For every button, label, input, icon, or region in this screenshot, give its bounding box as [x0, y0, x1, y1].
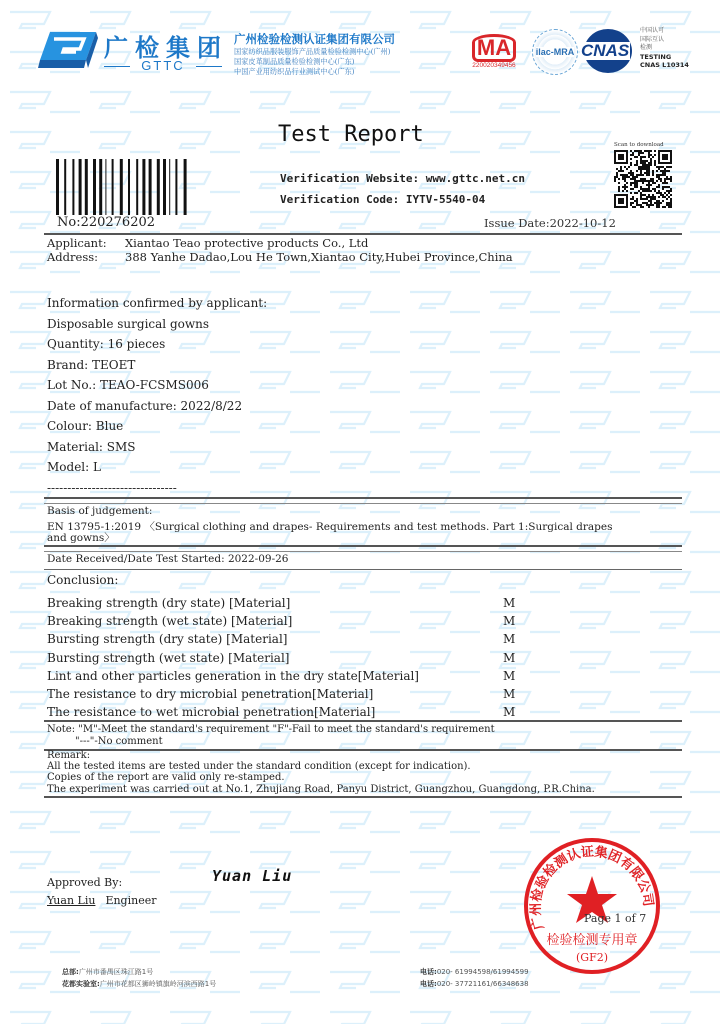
applicant-value: Xiantao Teao protective products Co., Lt…	[125, 236, 368, 250]
sample-info-item: Lot No.: TEAO-FCSMS006	[47, 375, 267, 396]
divider	[44, 569, 682, 570]
divider	[44, 233, 682, 235]
cnas-line: 检测	[640, 44, 689, 53]
test-item: Bursting strength (wet state) [Material]	[47, 651, 289, 665]
test-result: M	[503, 630, 515, 648]
tel-label: 电话:	[420, 968, 437, 976]
sample-info-item: Information confirmed by applicant:	[47, 293, 267, 314]
stamp-center-text: 检验检测专用章	[546, 932, 637, 948]
cnas-accreditation-info: 中国认可 国际互认 检测 TESTING CNAS L10314	[640, 27, 689, 70]
address-value: 388 Yanhe Dadao,Lou He Town,Xiantao City…	[125, 250, 513, 264]
cnas-line: 中国认可	[640, 27, 689, 36]
qr-code-icon[interactable]	[614, 150, 672, 208]
note-block: Note: "M"-Meet the standard's requiremen…	[47, 724, 495, 747]
center-line: 国家纺织品服装服饰产品质量检验检测中心(广州)	[234, 47, 395, 57]
brand-name-en: GTTC	[104, 58, 222, 73]
remark-block: Remark: All the tested items are tested …	[47, 750, 595, 795]
test-result: M	[503, 612, 515, 630]
divider	[44, 497, 682, 504]
hq-address: 广州市番禺区珠江路1号	[79, 968, 153, 976]
lab-phone: 020- 37721161/66348638	[437, 980, 529, 988]
ilac-text: ilac-MRA	[536, 47, 575, 57]
sample-info-list: Information confirmed by applicant:Dispo…	[47, 293, 267, 498]
approver-title: Engineer	[105, 894, 156, 907]
cnas-mark: CNAS	[580, 42, 630, 60]
basis-standard: EN 13795-1:2019 〈Surgical clothing and d…	[47, 521, 612, 533]
sample-info-item: Model: L	[47, 457, 267, 478]
conclusion-label: Conclusion:	[47, 573, 118, 588]
table-row: The resistance to wet microbial penetrat…	[47, 703, 667, 721]
gttc-logo-icon	[36, 30, 98, 70]
cma-mark: MA	[472, 34, 516, 62]
sample-info-item: Quantity: 16 pieces	[47, 334, 267, 355]
footer-phones: 电话:020- 61994598/61994599 电话:020- 377211…	[420, 966, 529, 990]
qr-label: Scan to download	[614, 142, 664, 148]
cma-number: 220020349456	[464, 62, 524, 69]
approver: Yuan LiuEngineer	[47, 894, 156, 907]
sample-info-item: Date of manufacture: 2022/8/22	[47, 396, 267, 417]
sample-info-item: Material: SMS	[47, 437, 267, 458]
center-line: 国家皮革制品质量检验检测中心(广东)	[234, 57, 395, 67]
cnas-logo: CNAS	[580, 29, 636, 73]
test-result: M	[503, 649, 515, 667]
center-line: 中国产业用纺织品行业测试中心(广东)	[234, 67, 395, 77]
applicant-row: Applicant:Xiantao Teao protective produc…	[47, 236, 368, 250]
remark-label: Remark:	[47, 750, 595, 761]
footer-addresses: 总部:广州市番禺区珠江路1号 花都实验室:广州市花都区狮岭镇旗岭河滨西路1号	[62, 966, 216, 990]
remark-line: Copies of the report are valid only re-s…	[47, 772, 595, 783]
note-line: Note: "M"-Meet the standard's requiremen…	[47, 724, 495, 736]
table-row: Breaking strength (dry state) [Material]…	[47, 594, 667, 612]
lab-address: 广州市花都区狮岭镇旗岭河滨西路1号	[100, 980, 216, 988]
company-block: 广州检验检测认证集团有限公司 国家纺织品服装服饰产品质量检验检测中心(广州) 国…	[234, 31, 395, 77]
date-received: Date Received/Date Test Started: 2022-09…	[47, 553, 289, 565]
test-item: The resistance to wet microbial penetrat…	[47, 705, 375, 719]
report-number: No:220276202	[57, 215, 155, 230]
approved-by-label: Approved By:	[47, 876, 122, 889]
approver-name: Yuan Liu	[47, 894, 95, 907]
cma-logo: MA 220020349456	[464, 34, 524, 69]
test-item: Lint and other particles generation in t…	[47, 669, 419, 683]
verification-website[interactable]: Verification Website: www.gttc.net.cn	[280, 172, 525, 185]
stamp-code: (GF2)	[576, 951, 608, 964]
company-name: 广州检验检测认证集团有限公司	[234, 31, 395, 47]
page-number: Page 1 of 7	[584, 912, 646, 925]
sample-info-item: Disposable surgical gowns	[47, 314, 267, 335]
test-report-page: 广检集团 GTTC 广州检验检测认证集团有限公司 国家纺织品服装服饰产品质量检验…	[0, 0, 724, 1024]
signature: Yuan Liu	[212, 867, 292, 885]
hq-label: 总部:	[62, 968, 79, 976]
sample-info-item: --------------------------------	[47, 478, 267, 499]
test-result: M	[503, 703, 515, 721]
table-row: The resistance to dry microbial penetrat…	[47, 685, 667, 703]
cnas-testing: TESTING	[640, 53, 689, 62]
test-result: M	[503, 685, 515, 703]
remark-line: The experiment was carried out at No.1, …	[47, 784, 595, 795]
page-title: Test Report	[278, 122, 424, 147]
issue-date: Issue Date:2022-10-12	[484, 216, 616, 230]
sample-info-item: Brand: TEOET	[47, 355, 267, 376]
cnas-line: 国际互认	[640, 36, 689, 45]
divider	[44, 545, 682, 552]
test-item: Bursting strength (dry state) [Material]	[47, 632, 287, 646]
conclusion-table: Breaking strength (dry state) [Material]…	[47, 594, 667, 721]
address-row: Address:388 Yanhe Dadao,Lou He Town,Xian…	[47, 250, 513, 264]
sample-info-item: Colour: Blue	[47, 416, 267, 437]
test-item: Breaking strength (dry state) [Material]	[47, 596, 290, 610]
test-result: M	[503, 594, 515, 612]
hq-phone: 020- 61994598/61994599	[437, 968, 529, 976]
table-row: Lint and other particles generation in t…	[47, 667, 667, 685]
barcode-icon	[56, 159, 188, 215]
address-label: Address:	[47, 250, 125, 264]
test-item: Breaking strength (wet state) [Material]	[47, 614, 292, 628]
table-row: Bursting strength (dry state) [Material]…	[47, 630, 667, 648]
basis-standard-cont: and gowns〉	[47, 532, 115, 544]
ilac-mra-logo: ilac-MRA	[532, 29, 578, 75]
remark-line: All the tested items are tested under th…	[47, 761, 595, 772]
test-item: The resistance to dry microbial penetrat…	[47, 687, 373, 701]
tel-label: 电话:	[420, 980, 437, 988]
divider	[44, 796, 682, 798]
test-result: M	[503, 667, 515, 685]
divider	[44, 720, 682, 722]
official-stamp: 广州检验检测认证集团有限公司 检验检测专用章 (GF2)	[522, 836, 662, 976]
lab-label: 花都实验室:	[62, 980, 100, 988]
table-row: Breaking strength (wet state) [Material]…	[47, 612, 667, 630]
cnas-code: CNAS L10314	[640, 61, 689, 70]
applicant-label: Applicant:	[47, 236, 125, 250]
verification-code: Verification Code: IYTV-5540-04	[280, 193, 485, 206]
table-row: Bursting strength (wet state) [Material]…	[47, 649, 667, 667]
note-line: "---"-No comment	[47, 736, 495, 748]
basis-label: Basis of judgement:	[47, 505, 152, 517]
